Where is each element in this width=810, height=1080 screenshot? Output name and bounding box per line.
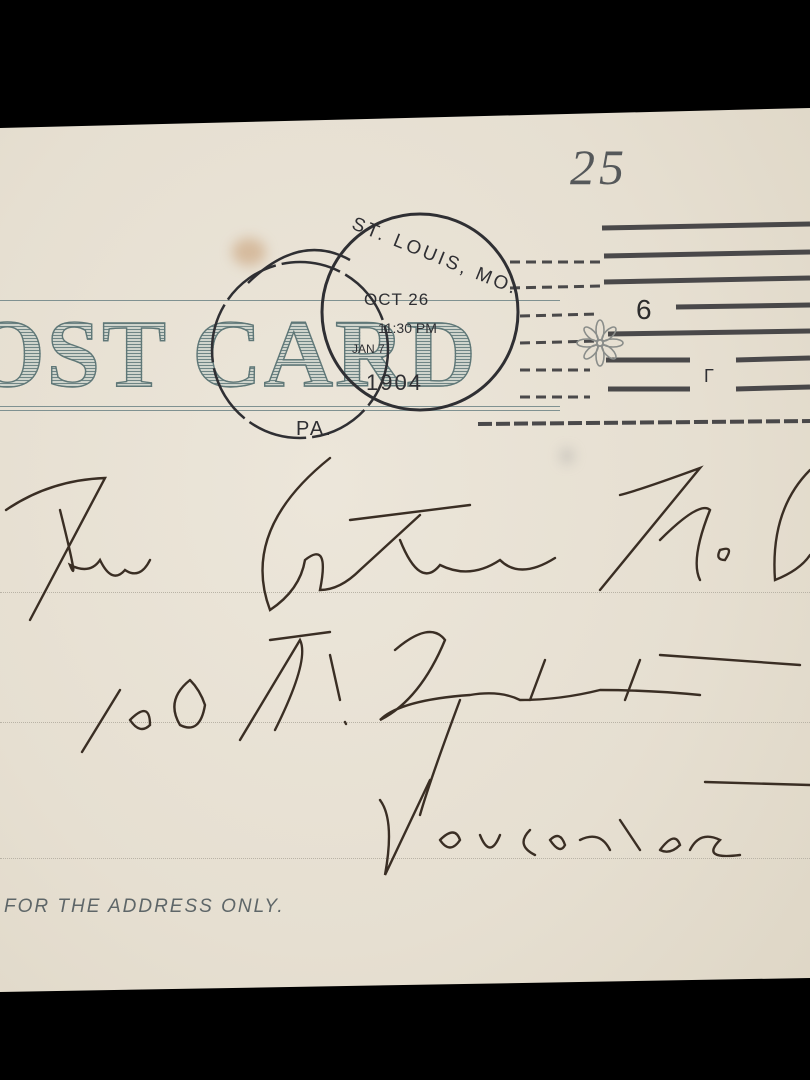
cancellation-marks	[0, 0, 810, 1080]
handwritten-address-strokes	[6, 458, 810, 875]
machine-cancel-mark: Γ	[704, 366, 714, 387]
address-only-instruction: FOR THE ADDRESS ONLY.	[4, 896, 285, 918]
pencil-price-note: 25	[570, 138, 628, 196]
postmark-year: 1904	[366, 370, 423, 396]
machine-cancel-number: 6	[636, 294, 652, 326]
postcard: OST CARD	[0, 0, 810, 1080]
postmark-time: 11:30 PM	[378, 320, 437, 336]
postmark-date: OCT 26	[364, 290, 429, 310]
postmark-origin-state: PA.	[296, 418, 333, 441]
postmark-origin-date: JAN 7	[352, 342, 385, 356]
